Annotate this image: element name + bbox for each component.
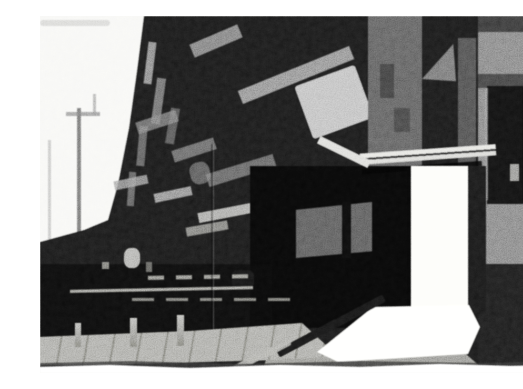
lamp-pole-stub [93,94,96,114]
entrance-bay-column [368,16,422,166]
bollard [177,315,184,346]
bench-highlight-blob [124,248,140,268]
thin-post-highlight [213,144,214,336]
bollard [130,318,137,347]
photo-shapes-layer [40,16,523,373]
photo-edge-smudge [40,20,110,26]
bench-seat-highlight [132,298,298,301]
window-glint [510,164,519,181]
porch-window [296,202,372,258]
bench-highlight-speck [146,262,152,272]
column-shadow-mark [394,108,410,132]
bollard [75,323,81,347]
column-shadow-mark [380,64,394,98]
door-side-pillar [468,166,486,314]
building-photo [40,16,523,373]
porch-window-mullion [342,202,351,258]
end-wall-top-shadow [478,16,523,32]
lamp-pole [77,108,81,248]
bench-highlight-speck [102,262,109,269]
